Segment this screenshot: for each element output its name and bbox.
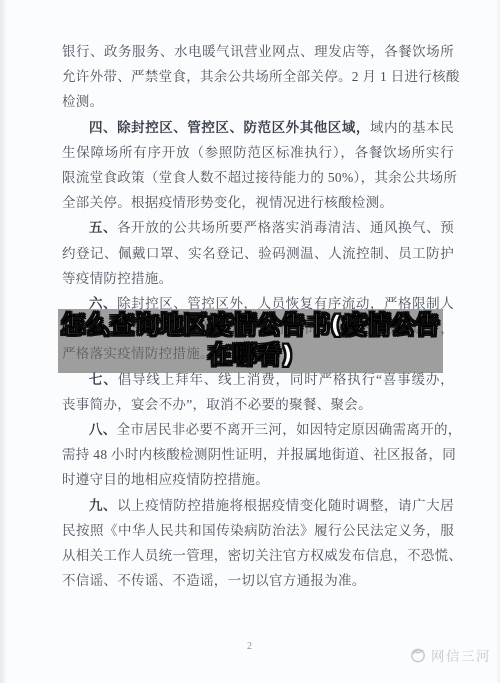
document-line: 民按照《中华人民共和国传染病防治法》履行公民法定义务，服 — [62, 518, 454, 543]
paragraph: 银行、政务服务、水电暖气讯营业网点、理发店等，各餐饮场所 允许外带、严禁堂食，其… — [62, 39, 454, 115]
document-line: 不信谣、不传谣、不造谣，一切以官方通报为准。 — [62, 568, 454, 593]
line-text: 倡导线上拜年、线上消费，同时严格执行“喜事缓办， — [118, 372, 454, 387]
watermark: 网信三河 — [409, 645, 491, 665]
section-number: 七、 — [89, 372, 118, 387]
line-text: 以上疫情防控措施将根据疫情变化随时调整，请广大居 — [117, 498, 454, 513]
paragraph: 五、各开放的公共场所要严格落实消毒清洁、通风换气、预 约登记、佩戴口罩、实名登记… — [62, 215, 454, 291]
document-line: 需持 48 小时内核酸检测阴性证明，并报属地街道、社区报备，同 — [62, 442, 454, 467]
document-page: 银行、政务服务、水电暖气讯营业网点、理发店等，各餐饮场所 允许外带、严禁堂食，其… — [0, 0, 500, 683]
page-left-edge-shadow — [0, 0, 7, 683]
document-line: 四、除封控区、管控区、防范区外其他区域，域内的基本民 — [62, 115, 454, 140]
section-number: 五、 — [89, 220, 117, 235]
paragraph: 七、倡导线上拜年、线上消费，同时严格执行“喜事缓办， 丧事简办，宴会不办”，取消… — [62, 367, 454, 417]
document-line: 八、全市居民非必要不离开三河，如因特定原因确需离开的， — [62, 417, 454, 442]
overlay-title-text: 怎么查询地区疫情公告书(疫情公告在哪看) — [58, 309, 443, 370]
page-right-edge-shadow — [496, 0, 500, 683]
document-line: 限流堂食政策（堂食人数不超过接待能力的 50%），其余公共场所 — [62, 165, 454, 190]
line-text: 全市居民非必要不离开三河，如因特定原因确需离开的， — [117, 422, 462, 437]
section-number: 八、 — [89, 422, 117, 437]
section-number: 九、 — [89, 498, 117, 513]
paragraph: 四、除封控区、管控区、防范区外其他区域，域内的基本民 生保障场所有序开放（参照防… — [62, 115, 454, 216]
document-line: 等疫情防控措施。 — [62, 266, 454, 291]
document-line: 丧事简办，宴会不办”，取消不必要的聚餐、聚会。 — [62, 392, 454, 417]
watermark-label: 网信三河 — [431, 645, 491, 665]
paragraph: 八、全市居民非必要不离开三河，如因特定原因确需离开的， 需持 48 小时内核酸检… — [62, 417, 454, 493]
document-line: 允许外带、严禁堂食，其余公共场所全部关停。2 月 1 日进行核酸 — [62, 64, 454, 89]
watermark-logo-icon — [409, 646, 427, 664]
document-line: 约登记、佩戴口罩、实名登记、验码测温、人流控制、员工防护 — [62, 241, 454, 266]
document-line: 全部关停。根据疫情形势变化，视情况进行核酸检测。 — [62, 190, 454, 215]
line-text: 域内的基本民 — [370, 120, 454, 135]
document-line: 五、各开放的公共场所要严格落实消毒清洁、通风换气、预 — [62, 215, 454, 240]
document-line: 生保障场所有序开放（参照防范区标准执行），各餐饮场所实行 — [62, 140, 454, 165]
paragraph: 九、以上疫情防控措施将根据疫情变化随时调整，请广大居 民按照《中华人民共和国传染… — [62, 493, 454, 594]
line-text: 各开放的公共场所要严格落实消毒清洁、通风换气、预 — [117, 220, 454, 235]
document-line: 银行、政务服务、水电暖气讯营业网点、理发店等，各餐饮场所 — [62, 39, 454, 64]
document-line: 从相关工作人员统一管理，密切关注官方权威发布信息，不恐慌、 — [62, 543, 454, 568]
document-line: 时遵守目的地相应疫情防控措施。 — [62, 467, 454, 492]
section-heading: 四、除封控区、管控区、防范区外其他区域， — [89, 120, 370, 135]
document-line: 检测。 — [62, 89, 454, 114]
document-line: 九、以上疫情防控措施将根据疫情变化随时调整，请广大居 — [62, 493, 454, 518]
title-overlay: 怎么查询地区疫情公告书(疫情公告在哪看) — [58, 309, 443, 373]
